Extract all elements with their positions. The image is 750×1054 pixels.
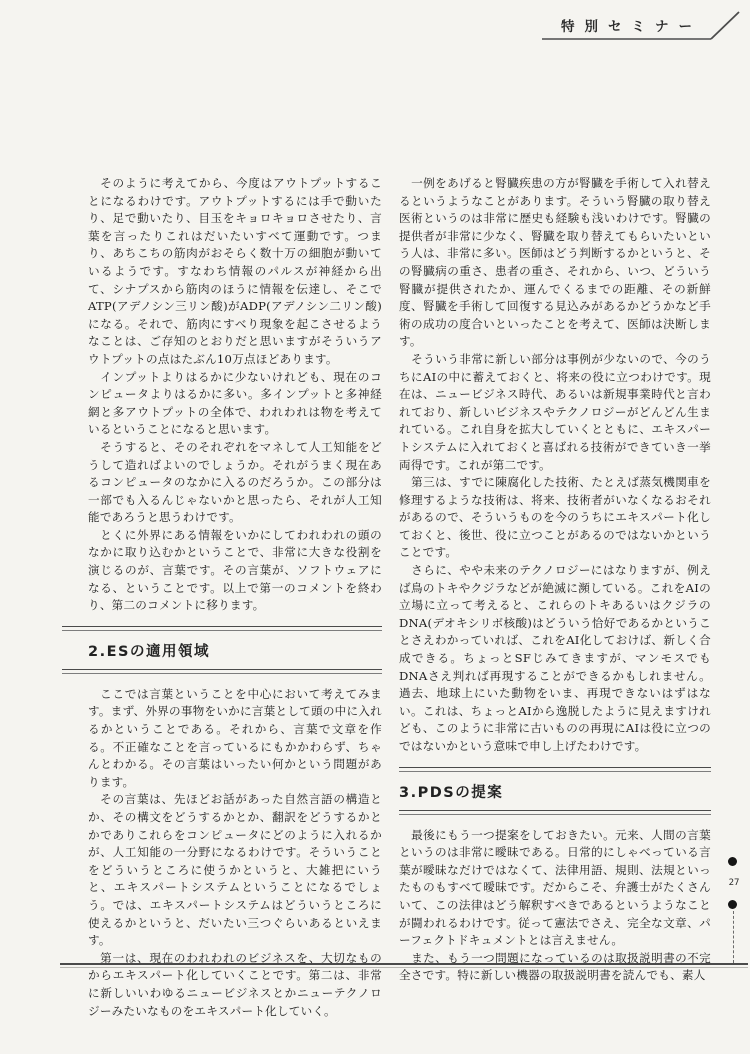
paragraph: さらに、やや未来のテクノロジーにはなりますが、例えば鳥のトキやクジラなどが絶滅に… [399, 562, 711, 756]
paragraph: その言葉は、先ほどお話があった自然言語の構造とか、その構文をどうするかとか、翻訳… [88, 791, 382, 949]
scanned-document-page: 特別セミナー そのように考えてから、今度はアウトプットすることになるわけです。ア… [0, 0, 750, 1054]
right-column: 一例をあげると腎臓疾患の方が腎臓を手術して入れ替えるというようなことがあります。… [399, 175, 711, 985]
section-marker-dot-bottom [728, 900, 737, 909]
section-heading-es-block: 2.ESの適用領域 [62, 626, 382, 674]
paragraph: 第一は、現在のわれわれのビジネスを、大切なものからエキスパート化していくことです… [88, 950, 382, 1020]
section-heading-pds-block: 3.PDSの提案 [399, 767, 711, 815]
paragraph: とくに外界にある情報をいかにしてわれわれの頭のなかに取り込むかということで、非常… [88, 527, 382, 615]
double-rule [399, 767, 711, 772]
paragraph: 第三は、すでに陳腐化した技術、たとえば蒸気機関車を修理するような技術は、将来、技… [399, 474, 711, 562]
header-rule [535, 3, 747, 45]
left-column: そのように考えてから、今度はアウトプットすることになるわけです。アウトプットする… [88, 175, 382, 1020]
bottom-rule [60, 963, 748, 968]
paragraph: ここでは言葉ということを中心において考えてみます。まず、外界の事物をいかに言葉と… [88, 686, 382, 792]
section-marker-dot-top [728, 857, 737, 866]
double-rule [62, 626, 382, 631]
page-number: 27 [726, 878, 742, 888]
paragraph: そういう非常に新しい部分は事例が少ないので、今のうちにAIの中に蓄えておくと、将… [399, 351, 711, 474]
double-rule [62, 669, 382, 674]
section-heading-es: 2.ESの適用領域 [62, 640, 382, 661]
section-heading-pds: 3.PDSの提案 [399, 781, 711, 802]
double-rule [399, 810, 711, 815]
paragraph: 最後にもう一つ提案をしておきたい。元来、人間の言葉というのは非常に曖昧である。日… [399, 827, 711, 950]
paragraph: そのように考えてから、今度はアウトプットすることになるわけです。アウトプットする… [88, 175, 382, 369]
paragraph: そうすると、そのそれぞれをマネして人工知能をどうして造ればよいのでしょうか。それ… [88, 439, 382, 527]
paragraph: インプットよりはるかに少ないけれども、現在のコンピュータよりはるかに多い。多イン… [88, 369, 382, 439]
edge-dashed-line [733, 911, 734, 963]
paragraph: 一例をあげると腎臓疾患の方が腎臓を手術して入れ替えるというようなことがあります。… [399, 175, 711, 351]
